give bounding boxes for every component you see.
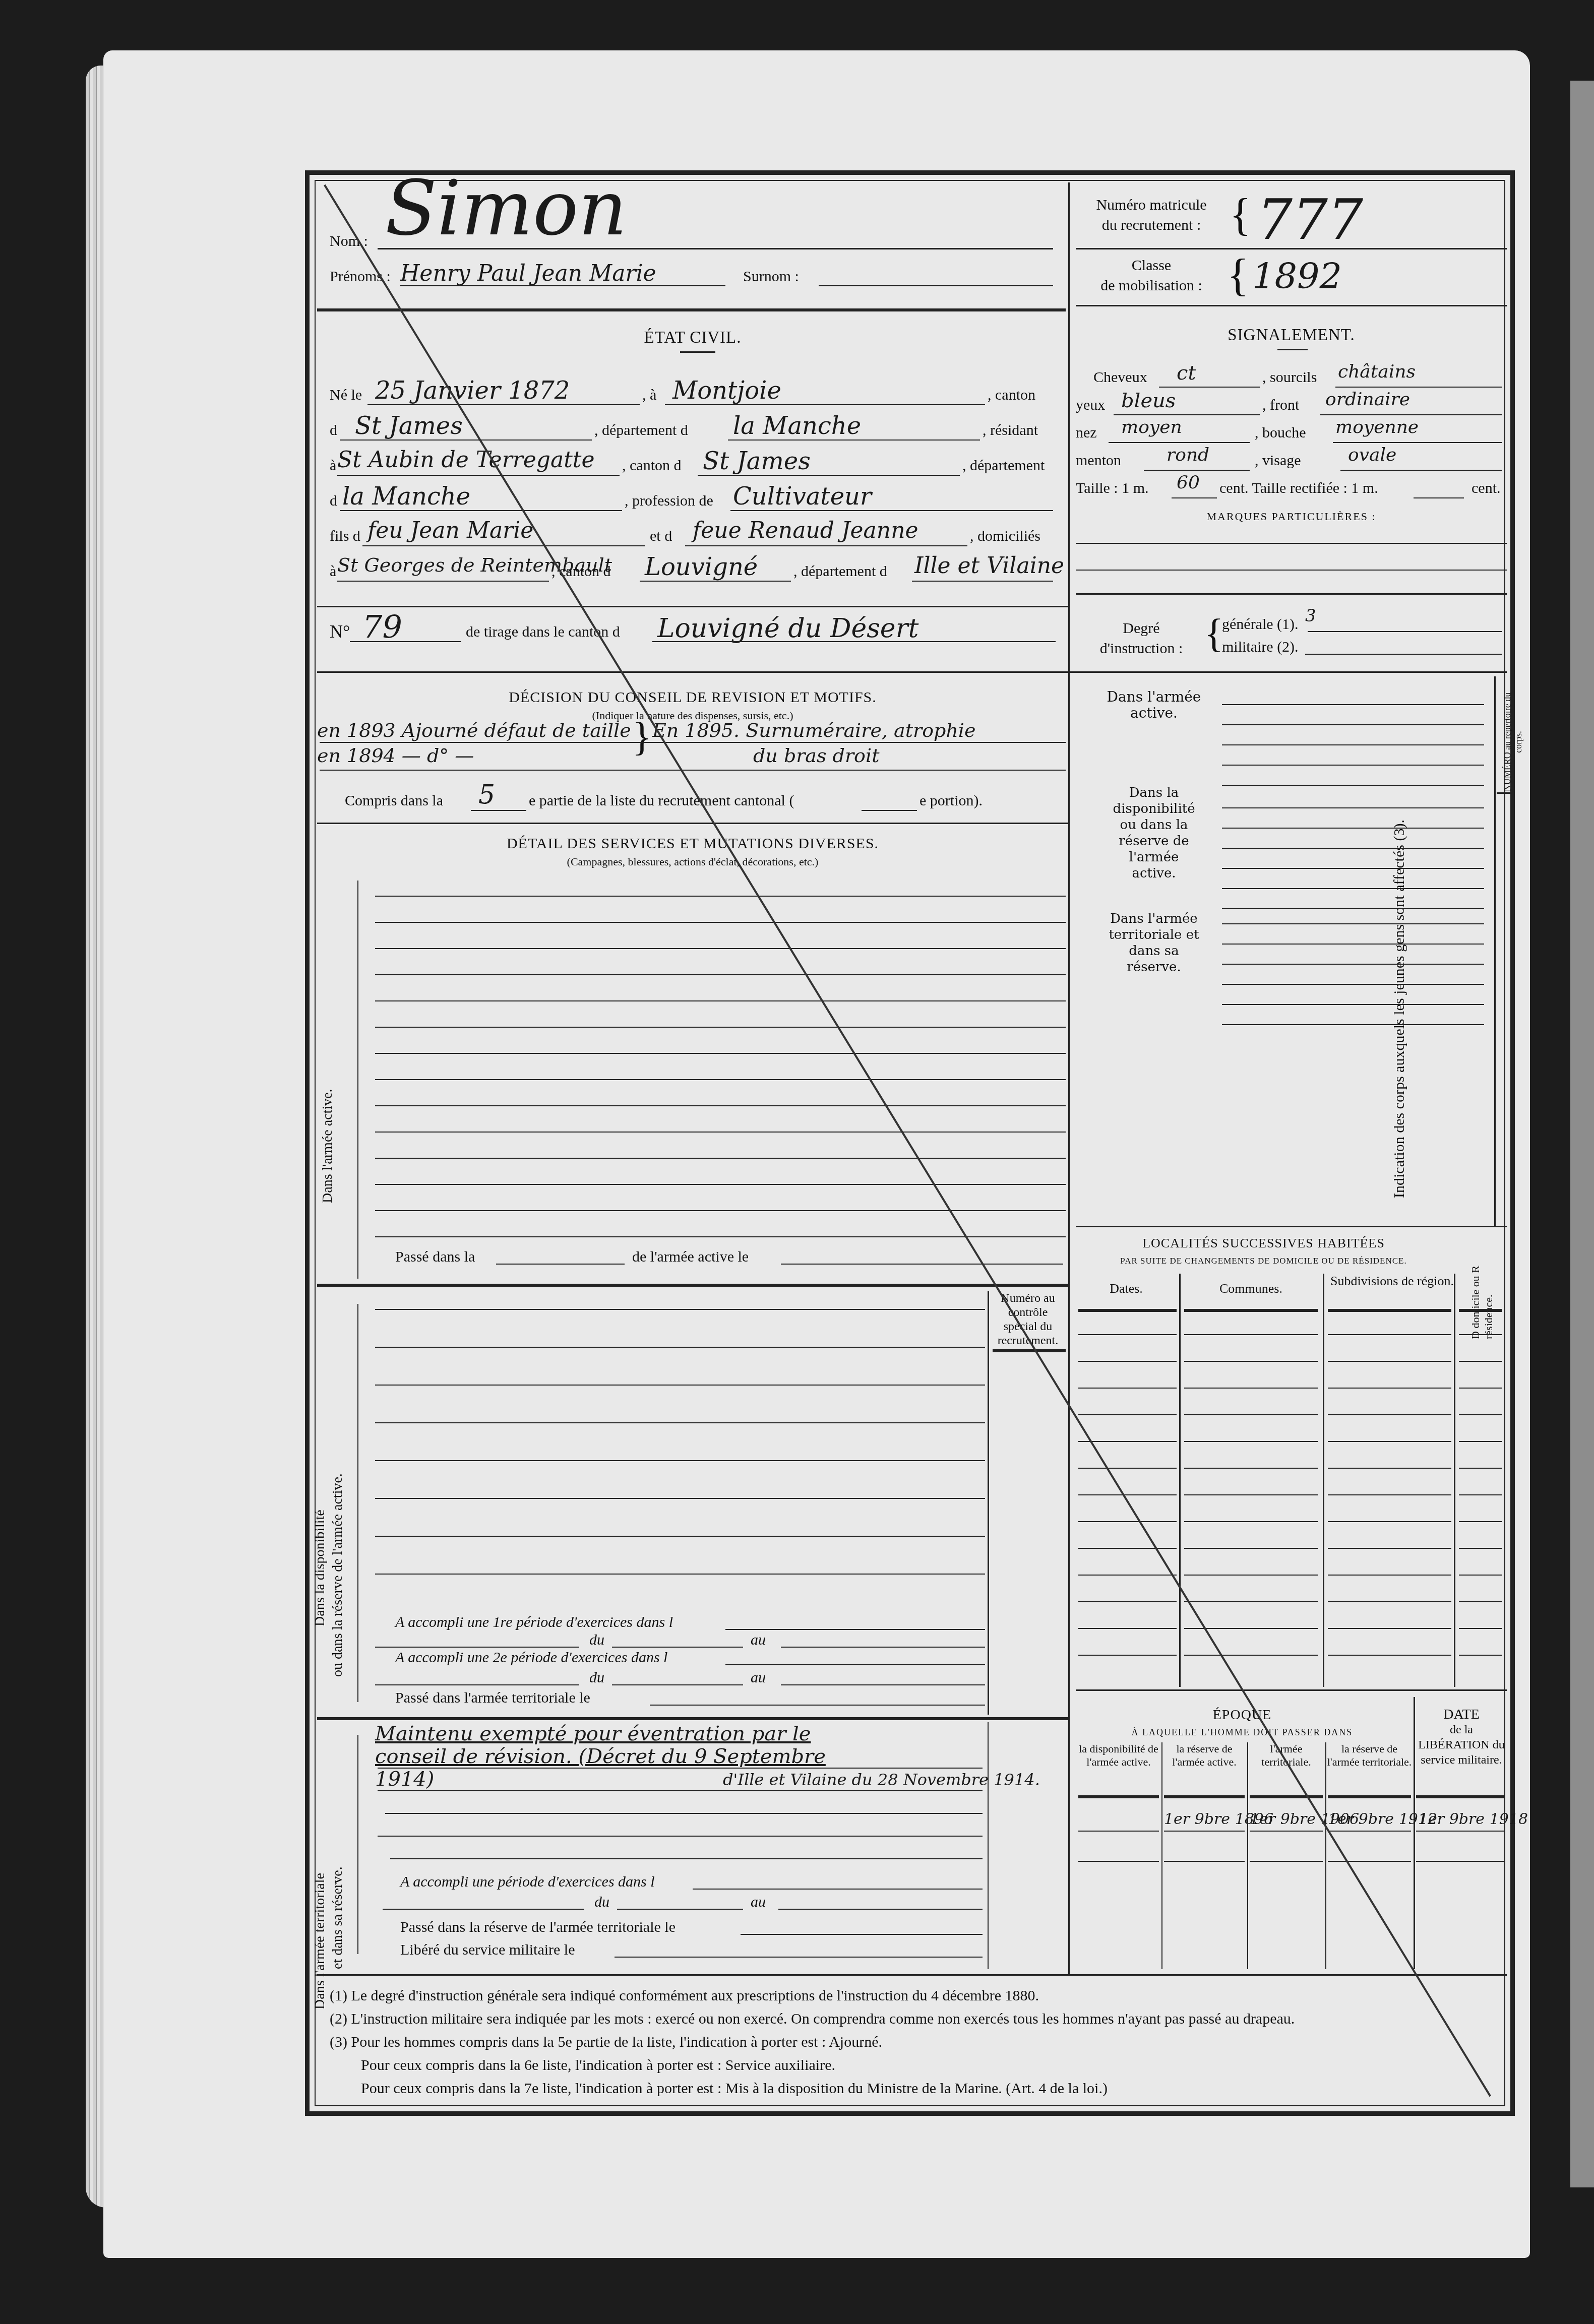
- decision-title: DÉCISION DU CONSEIL DE REVISION ET MOTIF…: [317, 689, 1068, 706]
- field-line: [781, 1647, 985, 1648]
- surnom-line: [819, 285, 1053, 286]
- classe-label: Classe de mobilisation :: [1076, 256, 1227, 296]
- epoque-col-label: la réserve de l'armée active.: [1161, 1742, 1247, 1769]
- ruled-line: [1328, 1468, 1451, 1469]
- ruled-line: [1078, 1468, 1177, 1469]
- ruled-line: [1078, 1655, 1177, 1656]
- numero-repertoire-label: NUMÉRO au répertoire du corps.: [1502, 689, 1524, 795]
- ruled-line: [1078, 1521, 1177, 1522]
- ruled-line: [1222, 724, 1484, 725]
- ruled-line: [1459, 1628, 1502, 1629]
- ruled-line: [375, 1309, 985, 1310]
- visage-value: ovale: [1348, 445, 1396, 465]
- ruled-line: [375, 1158, 1066, 1159]
- field-line: [1308, 631, 1502, 632]
- field-line: [340, 510, 622, 511]
- ruled-line: [1184, 1361, 1318, 1362]
- lieu-naissance-value: Montjoie: [672, 376, 781, 405]
- canton3-label: , canton d: [551, 563, 610, 580]
- field-line: [781, 1684, 985, 1685]
- column-divider: [1161, 1742, 1162, 1969]
- field-line: [862, 810, 917, 811]
- ruled-line: [1328, 1441, 1451, 1442]
- mere-value: feue Renaud Jeanne: [693, 518, 918, 543]
- tirage-canton-value: Louvigné du Désert: [657, 613, 918, 644]
- au-label: au: [751, 1894, 766, 1911]
- field-line: [362, 545, 645, 546]
- ruled-line: [1184, 1468, 1318, 1469]
- field-line: [378, 1768, 983, 1769]
- column-divider: [1179, 1274, 1181, 1687]
- ne-le-label: Né le: [330, 387, 362, 404]
- residant-a-label: à: [330, 457, 336, 474]
- ruled-line: [375, 1000, 1066, 1001]
- ruled-line: [1078, 1831, 1159, 1832]
- ruled-line: [1184, 1628, 1318, 1629]
- field-line: [778, 1909, 983, 1910]
- ruled-line: [375, 1422, 985, 1423]
- ruled-line: [1222, 828, 1484, 829]
- field-line: [320, 742, 1066, 743]
- front-value: ordinaire: [1325, 389, 1410, 410]
- localites-subtitle: PAR SUITE DE CHANGEMENTS DE DOMICILE OU …: [1076, 1256, 1451, 1266]
- periode2-label: A accompli une 2e période d'exercices da…: [395, 1649, 667, 1666]
- divider: [317, 606, 1068, 607]
- column-divider: [1325, 1742, 1326, 1969]
- menton-label: menton: [1076, 452, 1121, 469]
- ruled-line: [1184, 1494, 1318, 1495]
- field-line: [337, 581, 549, 582]
- ruled-line: [1222, 807, 1484, 808]
- field-line: [340, 439, 592, 441]
- canton-value: St James: [355, 412, 463, 440]
- localites-title: LOCALITÉS SUCCESSIVES HABITÉES: [1076, 1236, 1451, 1251]
- departement2-prefix: d: [330, 492, 337, 510]
- ruled-line: [1078, 1334, 1177, 1335]
- header-rule: [1250, 1795, 1323, 1798]
- canton3-value: Louvigné: [645, 553, 758, 581]
- field-line: [741, 1934, 983, 1935]
- disponibilite-vertical-1: Dans la disponibilité: [312, 1510, 328, 1626]
- field-line: [383, 1909, 584, 1910]
- signalement-title: SIGNALEMENT.: [1076, 326, 1507, 345]
- field-line: [730, 510, 1053, 511]
- ruled-line: [1184, 1441, 1318, 1442]
- brace-icon: {: [1230, 195, 1251, 235]
- ruled-line: [1328, 1831, 1411, 1832]
- field-line: [1335, 387, 1502, 388]
- ruled-line: [1328, 1628, 1451, 1629]
- ruled-line: [375, 896, 1066, 897]
- field-line: [725, 1629, 985, 1630]
- ruled-line: [1328, 1361, 1451, 1362]
- passe-mid-label: de l'armée active le: [632, 1248, 749, 1266]
- ruled-line: [1078, 1494, 1177, 1495]
- ruled-line: [1459, 1361, 1502, 1362]
- field-line: [1114, 414, 1260, 415]
- field-line: [617, 1909, 743, 1910]
- etat-civil-title: ÉTAT CIVIL.: [317, 329, 1068, 347]
- note-line-2: conseil de révision. (Décret du 9 Septem…: [375, 1745, 826, 1768]
- ruled-line: [1078, 1361, 1177, 1362]
- field-line: [375, 1684, 579, 1685]
- canton2-label: , canton d: [622, 457, 681, 474]
- sourcils-label: , sourcils: [1262, 369, 1317, 386]
- field-line: [912, 581, 1053, 582]
- ruled-line: [1184, 1334, 1318, 1335]
- ruled-line: [1459, 1334, 1502, 1335]
- de-label: d: [330, 422, 337, 439]
- prenoms-label: Prénoms :: [330, 268, 391, 285]
- ruled-line: [1078, 1548, 1177, 1549]
- brace-icon: {: [1227, 256, 1249, 296]
- visage-label: , visage: [1255, 452, 1301, 469]
- ruled-line: [1222, 744, 1484, 745]
- numero-controle-label: Numéro au contrôle spécial du recrutemen…: [990, 1291, 1066, 1348]
- ruled-line: [1078, 1388, 1177, 1389]
- taille-rectifiee-label: cent. Taille rectifiée : 1 m.: [1219, 480, 1378, 497]
- field-line: [337, 475, 620, 476]
- generale-value: 3: [1305, 606, 1316, 626]
- column-divider: [1323, 1274, 1324, 1687]
- field-line: [471, 810, 526, 811]
- liberation-label: de la LIBÉRATION du service militaire.: [1416, 1722, 1507, 1768]
- ruled-line: [1459, 1548, 1502, 1549]
- column-divider: [988, 1722, 989, 1969]
- ruled-line: [1222, 1004, 1484, 1005]
- territoriale-vertical-2: et dans sa réserve.: [330, 1866, 346, 1969]
- ruled-line: [1164, 1831, 1245, 1832]
- field-line: [1320, 414, 1502, 415]
- corps-vertical-label: Indication des corps auxquels les jeunes…: [1391, 820, 1408, 1198]
- nez-value: moyen: [1121, 417, 1182, 437]
- epoque-col-label: la réserve de l'armée territoriale.: [1325, 1742, 1414, 1769]
- du-label: du: [589, 1669, 604, 1686]
- field-line: [652, 641, 1056, 642]
- epoque-col-label: l'armée territoriale.: [1247, 1742, 1325, 1769]
- column-divider: [1494, 676, 1496, 1226]
- field-line: [1159, 387, 1260, 388]
- ruled-line: [375, 1210, 1066, 1211]
- prenoms-value: Henry Paul Jean Marie: [400, 261, 656, 286]
- header-rule: [1184, 1309, 1318, 1312]
- fils-label: fils d: [330, 528, 360, 545]
- services-subtitle: (Campagnes, blessures, actions d'éclat, …: [317, 855, 1068, 868]
- field-line: [781, 1264, 1063, 1265]
- ruled-line: [1328, 1655, 1451, 1656]
- disponibilite-vertical-2: ou dans la réserve de l'armée active.: [330, 1473, 346, 1677]
- field-line: [385, 1813, 983, 1814]
- armee-active-vertical: Dans l'armée active.: [320, 1089, 336, 1203]
- field-line: [1340, 470, 1502, 471]
- divider: [317, 1284, 1068, 1287]
- divider: [317, 1974, 1507, 1976]
- field-line: [612, 1647, 743, 1648]
- surnom-label: Surnom :: [743, 268, 799, 285]
- territoriale-vertical-1: Dans l'armée territoriale: [312, 1873, 328, 2009]
- field-line: [1144, 470, 1250, 471]
- canton-label: , canton: [988, 387, 1035, 404]
- yeux-label: yeux: [1076, 397, 1105, 414]
- ruled-line: [1222, 888, 1484, 889]
- field-line: [1109, 442, 1250, 443]
- localites-col-communes: Communes.: [1184, 1281, 1318, 1296]
- field-line: [1076, 570, 1507, 571]
- decision-line1-left: en 1893 Ajourné défaut de taille: [317, 719, 631, 741]
- portion-suffix: e portion).: [919, 792, 983, 809]
- sourcils-value: châtains: [1338, 361, 1416, 382]
- pere-value: feu Jean Marie: [367, 518, 533, 543]
- ruled-line: [1459, 1575, 1502, 1576]
- ruled-line: [1222, 868, 1484, 869]
- field-line: [725, 1664, 985, 1665]
- ruled-line: [1459, 1601, 1502, 1602]
- bracket: [357, 1735, 358, 1954]
- ruled-line: [375, 1498, 985, 1499]
- matricule-value: 777: [1257, 187, 1363, 252]
- epoque-subtitle: À LAQUELLE L'HOMME DOIT PASSER DANS: [1076, 1727, 1408, 1738]
- ruled-line: [375, 1536, 985, 1537]
- ruled-line: [1250, 1831, 1323, 1832]
- yeux-value: bleus: [1121, 389, 1176, 412]
- column-divider: [1454, 1274, 1455, 1687]
- ruled-line: [1222, 785, 1484, 786]
- header-rule: [1078, 1795, 1159, 1798]
- domicile-residence-label: D domicile ou R résidence.: [1469, 1238, 1495, 1339]
- liberation-title-text: DATE: [1416, 1707, 1507, 1722]
- ruled-line: [375, 1184, 1066, 1185]
- ruled-line: [1416, 1861, 1504, 1862]
- column-divider: [1247, 1742, 1248, 1969]
- header-rule: [1416, 1795, 1504, 1798]
- residant-label: , résidant: [983, 422, 1038, 439]
- classe-value: 1892: [1252, 256, 1342, 297]
- militaire-label: militaire (2).: [1222, 639, 1299, 656]
- divider: [1076, 1689, 1507, 1691]
- ne-le-value: 25 Janvier 1872: [375, 376, 570, 405]
- title-underline: [680, 351, 715, 353]
- corps-section-territoriale: Dans l'armée territoriale et dans sa rés…: [1106, 911, 1202, 975]
- ruled-line: [1459, 1388, 1502, 1389]
- liberation-title: DATE de la LIBÉRATION du service militai…: [1416, 1707, 1507, 1768]
- ruled-line: [1328, 1494, 1451, 1495]
- header-rule: [1328, 1309, 1451, 1312]
- au-label: au: [751, 1669, 766, 1686]
- corps-section-disponibilite: Dans la disponibilité ou dans la réserve…: [1106, 785, 1202, 882]
- tirage-label: de tirage dans le canton d: [466, 623, 620, 641]
- divider: [1076, 305, 1507, 306]
- ruled-line: [1222, 944, 1484, 945]
- field-line: [390, 1858, 983, 1859]
- matricule-label: Numéro matricule du recrutement :: [1076, 195, 1227, 235]
- taille-value: 60: [1177, 472, 1200, 493]
- ruled-line: [1184, 1414, 1318, 1415]
- cent-label: cent.: [1472, 480, 1500, 497]
- decision-line2-left: en 1894 — d° —: [317, 744, 474, 767]
- cheveux-value: ct: [1177, 361, 1196, 385]
- bracket: [357, 1304, 358, 1702]
- localites-col-subdivisions: Subdivisions de région.: [1328, 1274, 1456, 1289]
- profession-label: , profession de: [625, 492, 713, 510]
- footnote-3: (3) Pour les hommes compris dans la 5e p…: [330, 2031, 1295, 2054]
- field-line: [650, 1705, 985, 1706]
- ruled-line: [1184, 1388, 1318, 1389]
- brace-icon: {: [1204, 613, 1223, 654]
- ruled-line: [1184, 1601, 1318, 1602]
- field-line: [378, 1790, 983, 1791]
- departement-value: la Manche: [733, 412, 861, 440]
- au-label: au: [751, 1631, 766, 1649]
- et-label: et d: [650, 528, 672, 545]
- departement-label: , département d: [594, 422, 688, 439]
- column-divider: [1414, 1697, 1415, 1969]
- ruled-line: [1184, 1521, 1318, 1522]
- passe-label: Passé dans la: [395, 1248, 475, 1266]
- front-label: , front: [1262, 397, 1299, 414]
- domicile-a-label: à: [330, 563, 336, 580]
- header-rule: [1078, 1309, 1177, 1312]
- ruled-line: [1328, 1414, 1451, 1415]
- field-line: [1414, 497, 1464, 498]
- prenoms-line: [400, 285, 725, 286]
- ruled-line: [1222, 908, 1484, 909]
- departement3-value: Ille et Vilaine: [914, 553, 1064, 579]
- divider: [317, 671, 1507, 673]
- ruled-line: [1328, 1601, 1451, 1602]
- generale-label: générale (1).: [1222, 616, 1299, 633]
- divider: [1497, 792, 1512, 794]
- ruled-line: [1459, 1441, 1502, 1442]
- title-underline: [1277, 349, 1308, 350]
- ruled-line: [1222, 765, 1484, 766]
- du-label: du: [589, 1631, 604, 1649]
- departement3-label: , département d: [793, 563, 887, 580]
- degre-label-2: d'instruction :: [1086, 639, 1197, 659]
- ruled-line: [1222, 848, 1484, 849]
- ruled-line: [1184, 1655, 1318, 1656]
- libere-label: Libéré du service militaire le: [400, 1941, 575, 1959]
- header-rule: [1459, 1309, 1502, 1312]
- compris-value: 5: [478, 780, 495, 810]
- nom-value: Simon: [385, 165, 627, 253]
- tirage-no-label: N°: [330, 621, 350, 642]
- services-title: DÉTAIL DES SERVICES ET MUTATIONS DIVERSE…: [317, 835, 1068, 852]
- field-line: [665, 404, 985, 405]
- ruled-line: [375, 1236, 1066, 1237]
- ruled-line: [375, 1027, 1066, 1028]
- ruled-line: [375, 1574, 985, 1575]
- ruled-line: [1222, 704, 1484, 705]
- taille-label: Taille : 1 m.: [1076, 480, 1149, 497]
- departement2-value: la Manche: [342, 482, 470, 511]
- ruled-line: [1078, 1414, 1177, 1415]
- field-line: [698, 475, 960, 476]
- bouche-value: moyenne: [1335, 417, 1419, 437]
- field-line: [640, 581, 791, 582]
- field-line: [350, 641, 461, 642]
- ruled-line: [1459, 1414, 1502, 1415]
- ruled-line: [1222, 984, 1484, 985]
- degre-label: Degré d'instruction :: [1086, 618, 1197, 659]
- ruled-line: [1078, 1601, 1177, 1602]
- divider: [317, 308, 1066, 311]
- brace-icon: }: [632, 717, 651, 757]
- ruled-line: [1459, 1468, 1502, 1469]
- ruled-line: [1250, 1861, 1323, 1862]
- ruled-line: [1078, 1575, 1177, 1576]
- profession-value: Cultivateur: [733, 482, 872, 511]
- liberation-value: 1er 9bre 1918: [1419, 1810, 1528, 1828]
- ruled-line: [1222, 1024, 1484, 1025]
- compris-label: Compris dans la: [345, 792, 443, 809]
- nez-label: nez: [1076, 424, 1097, 442]
- field-line: [1333, 442, 1502, 443]
- passe-territoriale-label: Passé dans l'armée territoriale le: [395, 1689, 590, 1707]
- ruled-line: [375, 922, 1066, 923]
- decision-line2-right: du bras droit: [753, 744, 879, 767]
- ruled-line: [375, 1132, 1066, 1133]
- cheveux-label: Cheveux: [1093, 369, 1147, 386]
- ruled-line: [375, 1460, 985, 1461]
- du-label: du: [594, 1894, 609, 1911]
- divider: [993, 1349, 1066, 1352]
- ruled-line: [1459, 1655, 1502, 1656]
- classe-label-1: Classe: [1076, 256, 1227, 276]
- ruled-line: [375, 1105, 1066, 1106]
- field-line: [693, 1889, 983, 1890]
- field-line: [320, 770, 1066, 771]
- field-line: [612, 1684, 743, 1685]
- ruled-line: [375, 1385, 985, 1386]
- periode-label: A accompli une période d'exercices dans …: [400, 1873, 655, 1891]
- ruled-line: [375, 1347, 985, 1348]
- ruled-line: [1078, 1628, 1177, 1629]
- divider: [1076, 593, 1507, 595]
- tirage-no-value: 79: [362, 608, 402, 645]
- nom-label: Nom :: [330, 233, 368, 250]
- note-line-3-right: d'Ille et Vilaine du 28 Novembre 1914.: [723, 1770, 1040, 1789]
- matricule-label-2: du recrutement :: [1076, 215, 1227, 235]
- decision-line1-right: En 1895. Surnuméraire, atrophie: [652, 719, 976, 741]
- ruled-line: [1222, 964, 1484, 965]
- note-line-1: Maintenu exempté pour éventration par le: [375, 1722, 811, 1745]
- passe-reserve-terr-label: Passé dans la réserve de l'armée territo…: [400, 1919, 676, 1936]
- divider: [1076, 248, 1507, 249]
- matricule-label-1: Numéro matricule: [1076, 195, 1227, 215]
- ruled-line: [1078, 1861, 1159, 1862]
- canton2-value: St James: [703, 447, 811, 475]
- footnote-3b: Pour ceux compris dans la 6e liste, l'in…: [330, 2054, 1295, 2077]
- footnote-1: (1) Le degré d'instruction générale sera…: [330, 1984, 1295, 2007]
- next-page-leaf: [1570, 81, 1594, 2187]
- residence-value: St Aubin de Terregatte: [337, 447, 595, 473]
- periode1-label: A accompli une 1re période d'exercices d…: [395, 1614, 673, 1631]
- field-line: [728, 439, 980, 441]
- field-line: [1076, 543, 1507, 544]
- field-line: [367, 404, 640, 405]
- epoque-title: ÉPOQUE: [1076, 1707, 1408, 1723]
- ruled-line: [1328, 1575, 1451, 1576]
- field-line: [685, 545, 967, 546]
- ruled-line: [1416, 1831, 1504, 1832]
- degre-label-1: Degré: [1086, 618, 1197, 639]
- note-line-3-left: 1914): [375, 1768, 434, 1791]
- epoque-col-label: la disponibilité de l'armée active.: [1076, 1742, 1161, 1769]
- footnote-2: (2) L'instruction militaire sera indiqué…: [330, 2007, 1295, 2031]
- bracket: [357, 881, 358, 1279]
- ruled-line: [1078, 1441, 1177, 1442]
- ruled-line: [1328, 1521, 1451, 1522]
